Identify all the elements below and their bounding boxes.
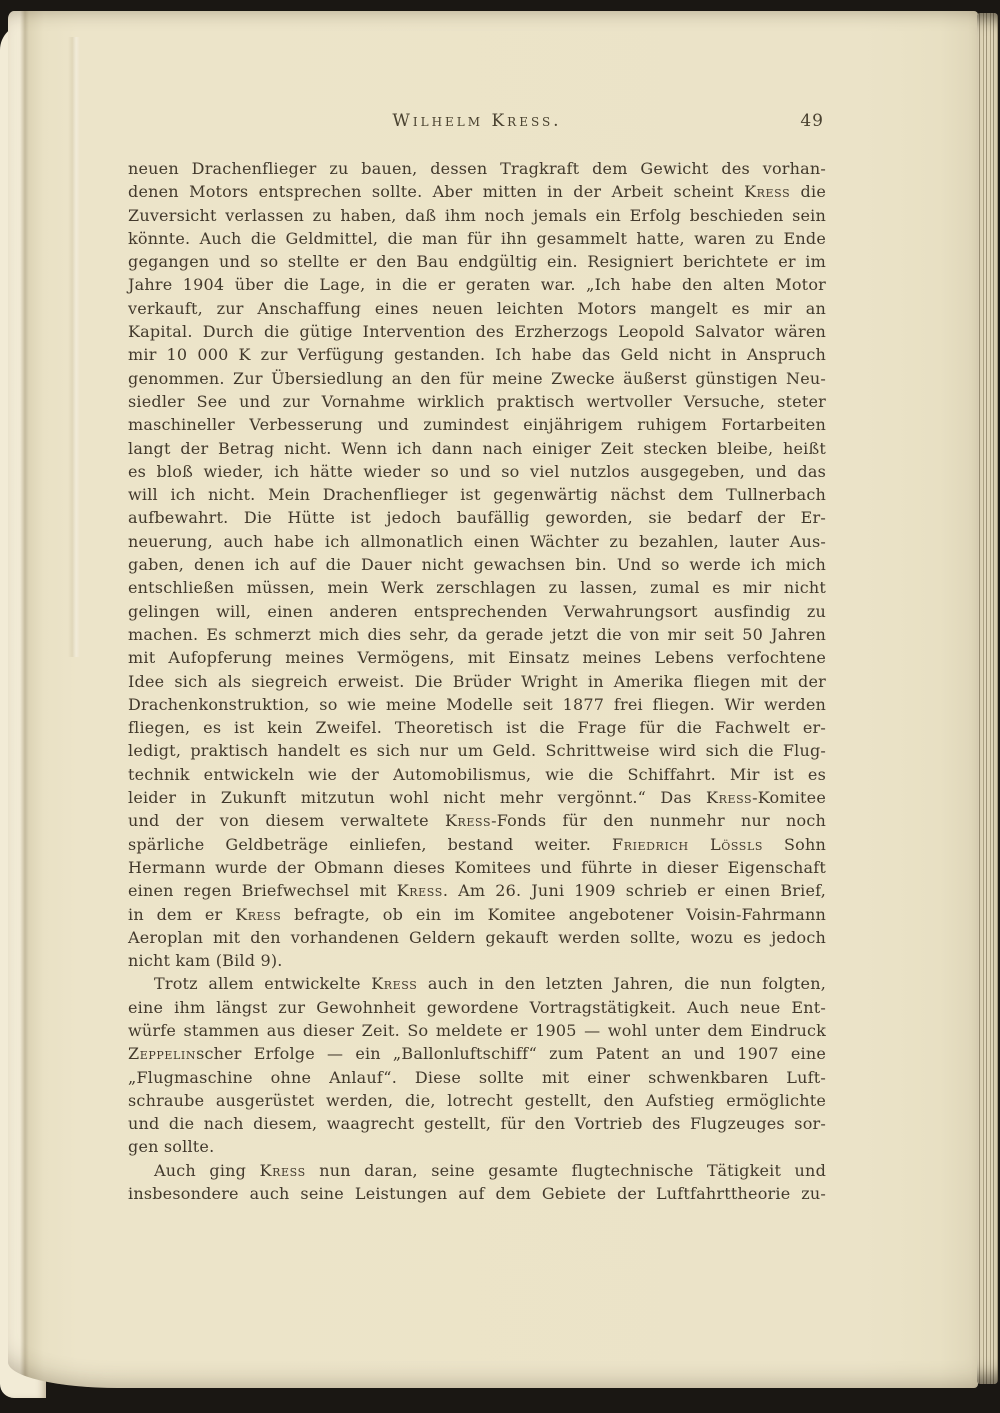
text-line: würfe stammen aus dieser Zeit. So meldet…: [128, 1019, 826, 1042]
text-line: Idee sich als siegreich erweist. Die Brü…: [128, 670, 826, 693]
text-line: maschineller Verbesserung und zumindest …: [128, 413, 826, 436]
text-line: und der von diesem verwaltete Kress-Fond…: [128, 809, 826, 832]
text-line: mit Aufopferung meines Vermögens, mit Ei…: [128, 646, 826, 669]
text-line: will ich nicht. Mein Drachenflieger ist …: [128, 483, 826, 506]
text-line: mir 10 000 K zur Verfügung gestanden. Ic…: [128, 343, 826, 366]
text-line: und die nach diesem, waagrecht gestellt,…: [128, 1112, 826, 1135]
running-title: Wilhelm Kress.: [128, 111, 826, 131]
text-line: aufbewahrt. Die Hütte ist jedoch baufäll…: [128, 506, 826, 529]
text-line: könnte. Auch die Geldmittel, die man für…: [128, 227, 826, 250]
text-line: Jahre 1904 über die Lage, in die er gera…: [128, 273, 826, 296]
page-number: 49: [800, 111, 824, 131]
text-line: Auch ging Kress nun daran, seine gesamte…: [128, 1159, 826, 1182]
text-line: insbesondere auch seine Leistungen auf d…: [128, 1182, 826, 1205]
text-line: Trotz allem entwickelte Kress auch in de…: [128, 972, 826, 995]
text-line: in dem er Kress befragte, ob ein im Komi…: [128, 903, 826, 926]
text-line: neuen Drachenflieger zu bauen, dessen Tr…: [128, 157, 826, 180]
text-line: leider in Zukunft mitzutun wohl nicht me…: [128, 786, 826, 809]
text-line: technik entwickeln wie der Automobilismu…: [128, 763, 826, 786]
text-line: entschließen müssen, mein Werk zerschlag…: [128, 576, 826, 599]
text-line: eine ihm längst zur Gewohnheit gewordene…: [128, 996, 826, 1019]
page-header: Wilhelm Kress. 49: [128, 111, 826, 137]
paragraph: Auch ging Kress nun daran, seine gesamte…: [128, 1159, 826, 1206]
book-page: Wilhelm Kress. 49 neuen Drachenflieger z…: [8, 11, 978, 1388]
paragraph: Trotz allem entwickelte Kress auch in de…: [128, 972, 826, 1158]
text-line: es bloß wieder, ich hätte wieder so und …: [128, 460, 826, 483]
page-fore-edge: [977, 13, 998, 1384]
text-line: Aeroplan mit den vorhandenen Geldern gek…: [128, 926, 826, 949]
text-line: Zeppelinscher Erfolge — ein „Ballonlufts…: [128, 1042, 826, 1065]
text-line: Kapital. Durch die gütige Intervention d…: [128, 320, 826, 343]
text-line: einen regen Briefwechsel mit Kress. Am 2…: [128, 879, 826, 902]
text-line: spärliche Geldbeträge einliefen, bestand…: [128, 833, 826, 856]
text-line: Hermann wurde der Obmann dieses Komitees…: [128, 856, 826, 879]
gutter-crease: [68, 37, 80, 657]
text-line: siedler See und zur Vornahme wirklich pr…: [128, 390, 826, 413]
text-line: Zuversicht verlassen zu haben, daß ihm n…: [128, 204, 826, 227]
text-line: denen Motors entsprechen sollte. Aber mi…: [128, 180, 826, 203]
text-line: gelingen will, einen anderen entsprechen…: [128, 600, 826, 623]
text-line: „Flugmaschine ohne Anlauf“. Diese sollte…: [128, 1066, 826, 1089]
text-line: fliegen, es ist kein Zweifel. Theoretisc…: [128, 716, 826, 739]
body-text: neuen Drachenflieger zu bauen, dessen Tr…: [128, 157, 826, 1205]
text-line: gaben, denen ich auf die Dauer nicht gew…: [128, 553, 826, 576]
text-line: schraube ausgerüstet werden, die, lotrec…: [128, 1089, 826, 1112]
text-line: gegangen und so stellte er den Bau endgü…: [128, 250, 826, 273]
text-line: machen. Es schmerzt mich dies sehr, da g…: [128, 623, 826, 646]
text-line: ledigt, praktisch handelt es sich nur um…: [128, 739, 826, 762]
text-line: langt der Betrag nicht. Wenn ich dann na…: [128, 437, 826, 460]
scanned-book-page: Wilhelm Kress. 49 neuen Drachenflieger z…: [0, 0, 1000, 1413]
text-line: nicht kam (Bild 9).: [128, 949, 826, 972]
text-line: gen sollte.: [128, 1135, 826, 1158]
text-line: genommen. Zur Übersiedlung an den für me…: [128, 367, 826, 390]
text-line: Drachenkonstruktion, so wie meine Modell…: [128, 693, 826, 716]
paragraph: neuen Drachenflieger zu bauen, dessen Tr…: [128, 157, 826, 972]
text-line: neuerung, auch habe ich allmonatlich ein…: [128, 530, 826, 553]
text-line: verkauft, zur Anschaffung eines neuen le…: [128, 297, 826, 320]
